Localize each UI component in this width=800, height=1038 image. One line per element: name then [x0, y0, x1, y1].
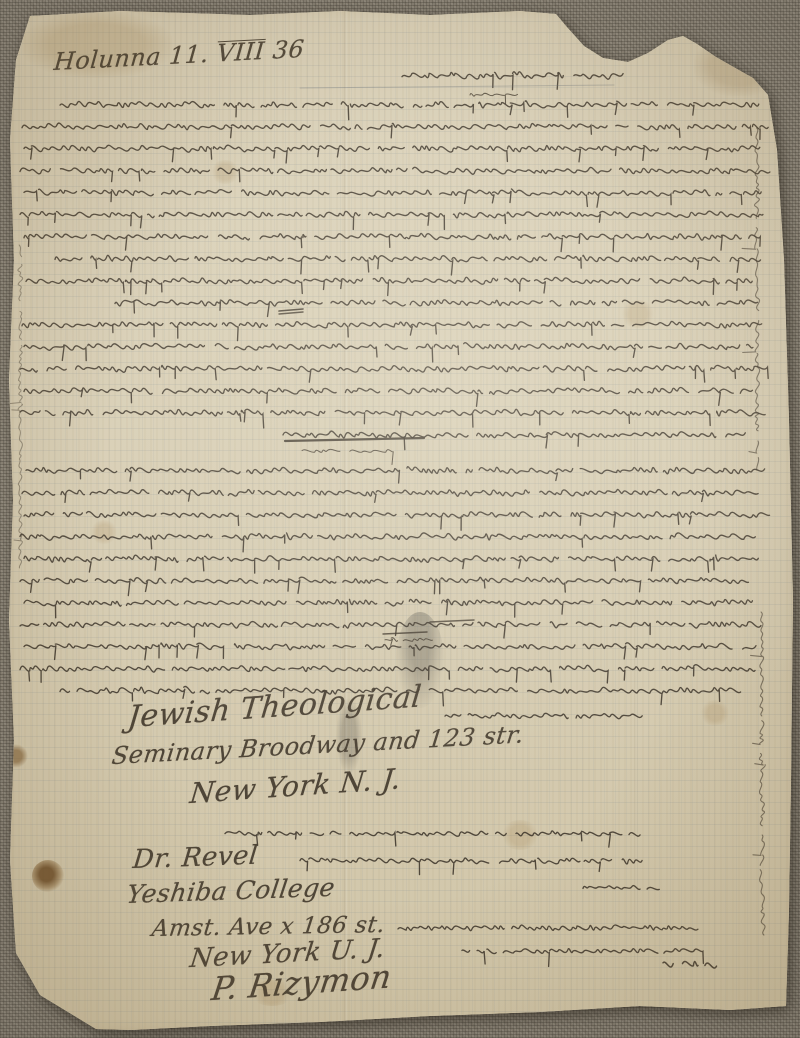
paper-shadow-wrap: Holunna 11. VIII 36 Jewish Theological S…	[0, 0, 800, 1038]
paper-vignette	[0, 0, 800, 1038]
letter-paper: Holunna 11. VIII 36 Jewish Theological S…	[0, 0, 800, 1038]
photo-of-letter: Holunna 11. VIII 36 Jewish Theological S…	[0, 0, 800, 1038]
